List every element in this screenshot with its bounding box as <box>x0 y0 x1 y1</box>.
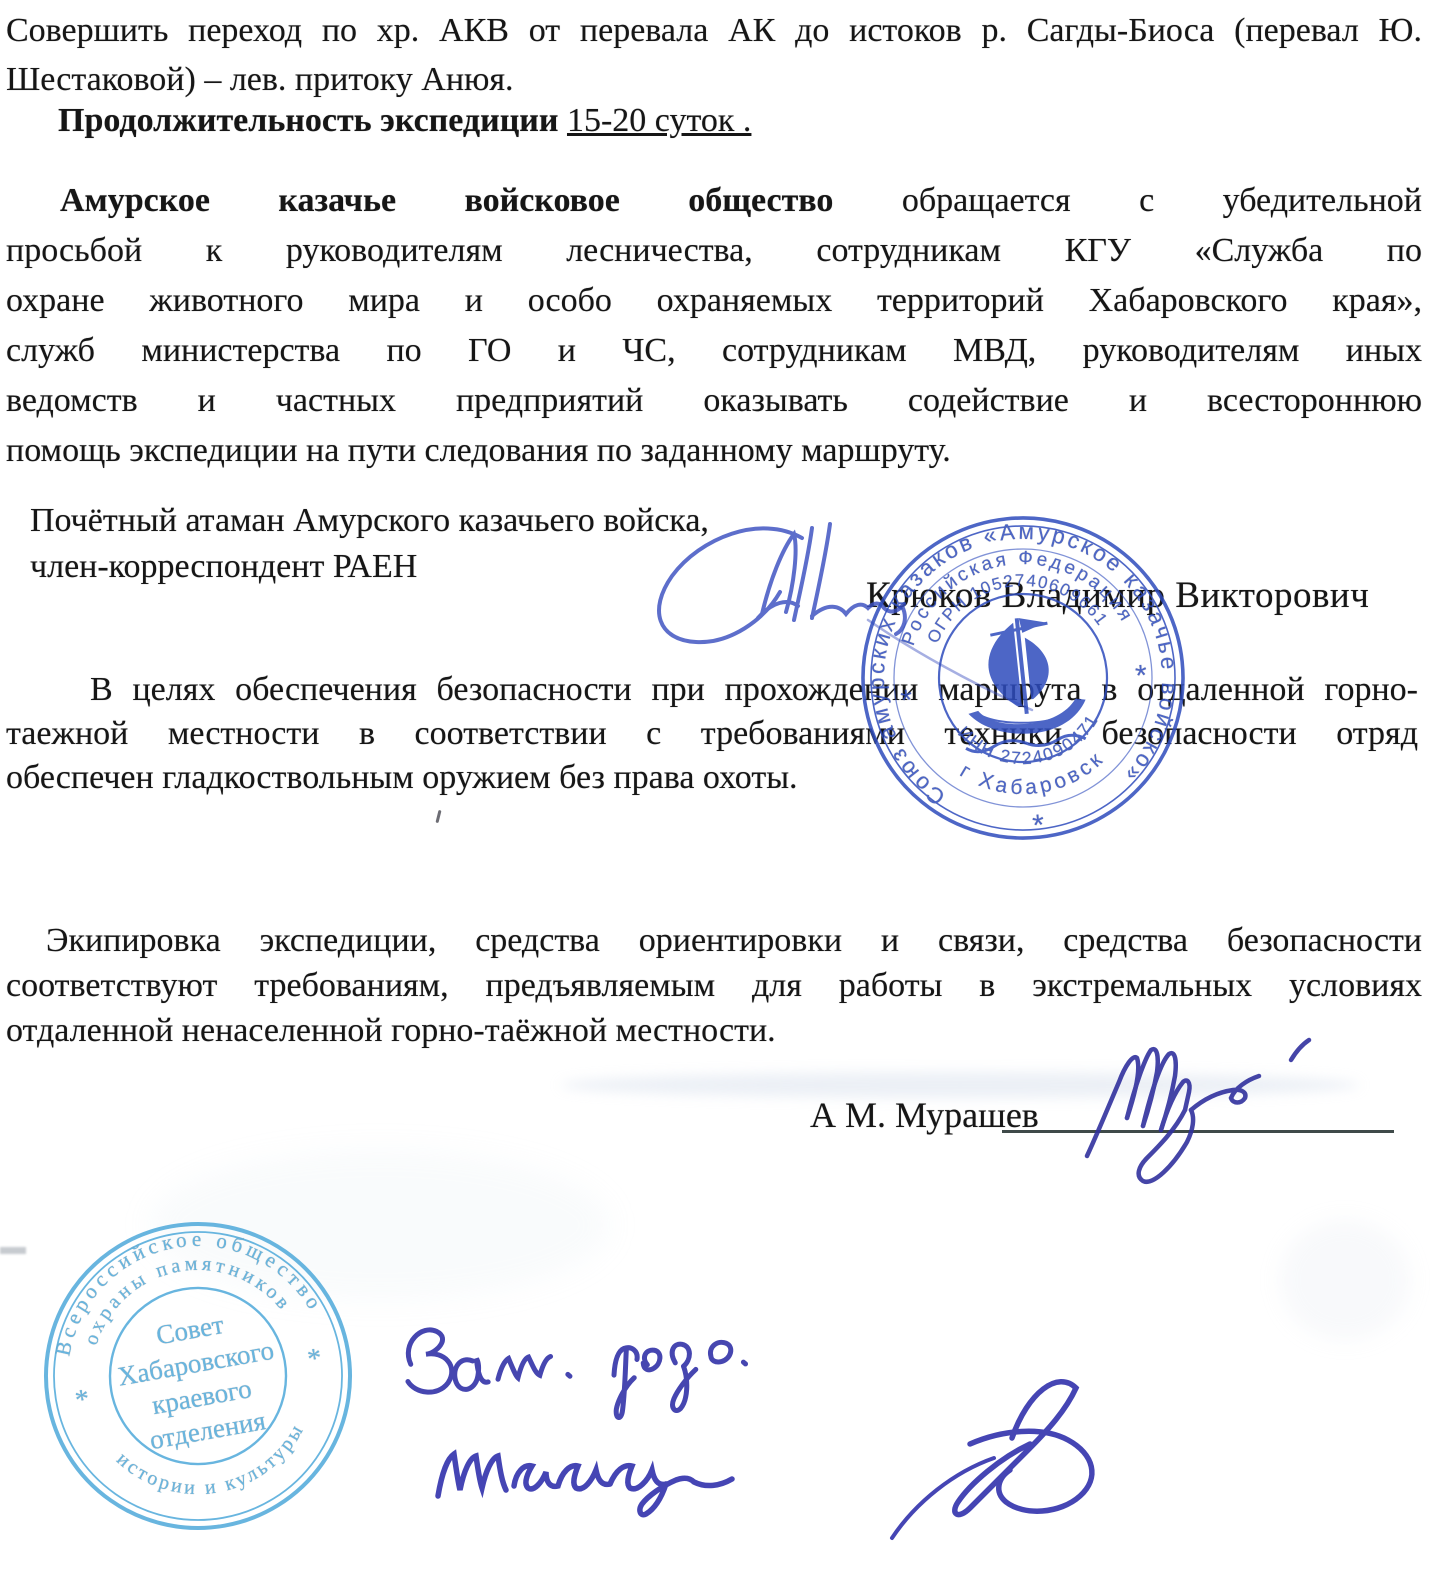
voopik-center-line-2: Хабаровского <box>115 1335 276 1392</box>
voopik-stamp-graphics: Всероссийское общество охраны памятников… <box>22 1200 374 1552</box>
voopik-outer-bottom-text: истории и культуры <box>110 1416 318 1515</box>
appeal-line-1: Амурское казачье войсковое общество обра… <box>6 176 1422 226</box>
signature-line <box>1002 1130 1394 1133</box>
equipment-line-3: отдаленной ненаселенной горно-таёжной ме… <box>6 1008 1422 1053</box>
voopik-outer-border <box>22 1200 374 1552</box>
signature-strokes <box>1087 1040 1309 1182</box>
voopik-outer-top2-text: охраны памятников <box>68 1236 298 1351</box>
ataman-title-line-2: член-корреспондент РАЕН <box>30 544 830 590</box>
voopik-stamp: Всероссийское общество охраны памятников… <box>13 1191 384 1562</box>
appeal-line-4: служб министерства по ГО и ЧС, сотрудник… <box>6 326 1422 376</box>
route-paragraph: Совершить переход по хр. АКВ от перевала… <box>6 6 1422 104</box>
appeal-line-1-bold: Амурское казачье войсковое общество <box>60 182 833 219</box>
appeal-line-1-rest: обращается с убедительной <box>902 182 1422 219</box>
scan-smudge <box>1280 1220 1410 1340</box>
safety-line-3: обеспечен гладкоствольным оружием без пр… <box>6 756 1418 800</box>
voopik-second-border <box>31 1209 365 1543</box>
voopik-star-left: * <box>73 1383 92 1416</box>
safety-line-1: В целях обеспечения безопасности при про… <box>6 668 1418 712</box>
appeal-line-2: просьбой к руководителям лесничества, со… <box>6 226 1422 276</box>
scanned-document-page: Совершить переход по хр. АКВ от перевала… <box>0 0 1430 1592</box>
amur-stamp-star-bottom: * <box>1031 809 1046 843</box>
appeal-paragraph: Амурское казачье войсковое общество обра… <box>6 176 1422 476</box>
voopik-center-line-3: краевого <box>150 1373 254 1420</box>
ataman-title-line-1: Почётный атаман Амурского казачьего войс… <box>30 498 830 544</box>
duration-label: Продолжительность экспедиции <box>58 102 558 139</box>
voopik-center-line-4: отделения <box>147 1405 268 1455</box>
voopik-inner-circle <box>96 1274 300 1478</box>
voopik-center-line-1: Совет <box>154 1309 226 1350</box>
ink-speck <box>435 810 441 823</box>
expedition-duration-line: Продолжительность экспедиции 15-20 суток… <box>6 96 1430 145</box>
voopik-star-right: * <box>305 1342 324 1375</box>
handwritten-signature <box>438 1382 1092 1538</box>
handwritten-note-zam-pred <box>404 1308 748 1432</box>
scan-smudge <box>150 1150 610 1300</box>
equipment-line-2: соответствуют требованиям, предъявляемым… <box>6 963 1422 1008</box>
duration-value: 15-20 суток . <box>567 102 751 139</box>
ataman-name: Крюков Владимир Викторович <box>866 574 1369 617</box>
route-line-1: Совершить переход по хр. АКВ от перевала… <box>6 6 1422 55</box>
safety-paragraph: В целях обеспечения безопасности при про… <box>6 668 1418 800</box>
appeal-line-5: ведомств и частных предприятий оказывать… <box>6 376 1422 426</box>
equipment-paragraph: Экипировка экспедиции, средства ориентир… <box>6 918 1422 1053</box>
deputy-chair-handwriting <box>372 1258 1032 1568</box>
scan-edge-mark <box>0 1247 26 1254</box>
voopik-outer-top-text: Всероссийское общество <box>33 1205 330 1362</box>
safety-line-2: таежной местности в соответствии с требо… <box>6 712 1418 756</box>
appeal-line-6: помощь экспедиции на пути следования по … <box>6 426 1422 476</box>
equipment-line-1: Экипировка экспедиции, средства ориентир… <box>6 918 1422 963</box>
appeal-line-3: охране животного мира и особо охраняемых… <box>6 276 1422 326</box>
ataman-title: Почётный атаман Амурского казачьего войс… <box>30 498 830 590</box>
